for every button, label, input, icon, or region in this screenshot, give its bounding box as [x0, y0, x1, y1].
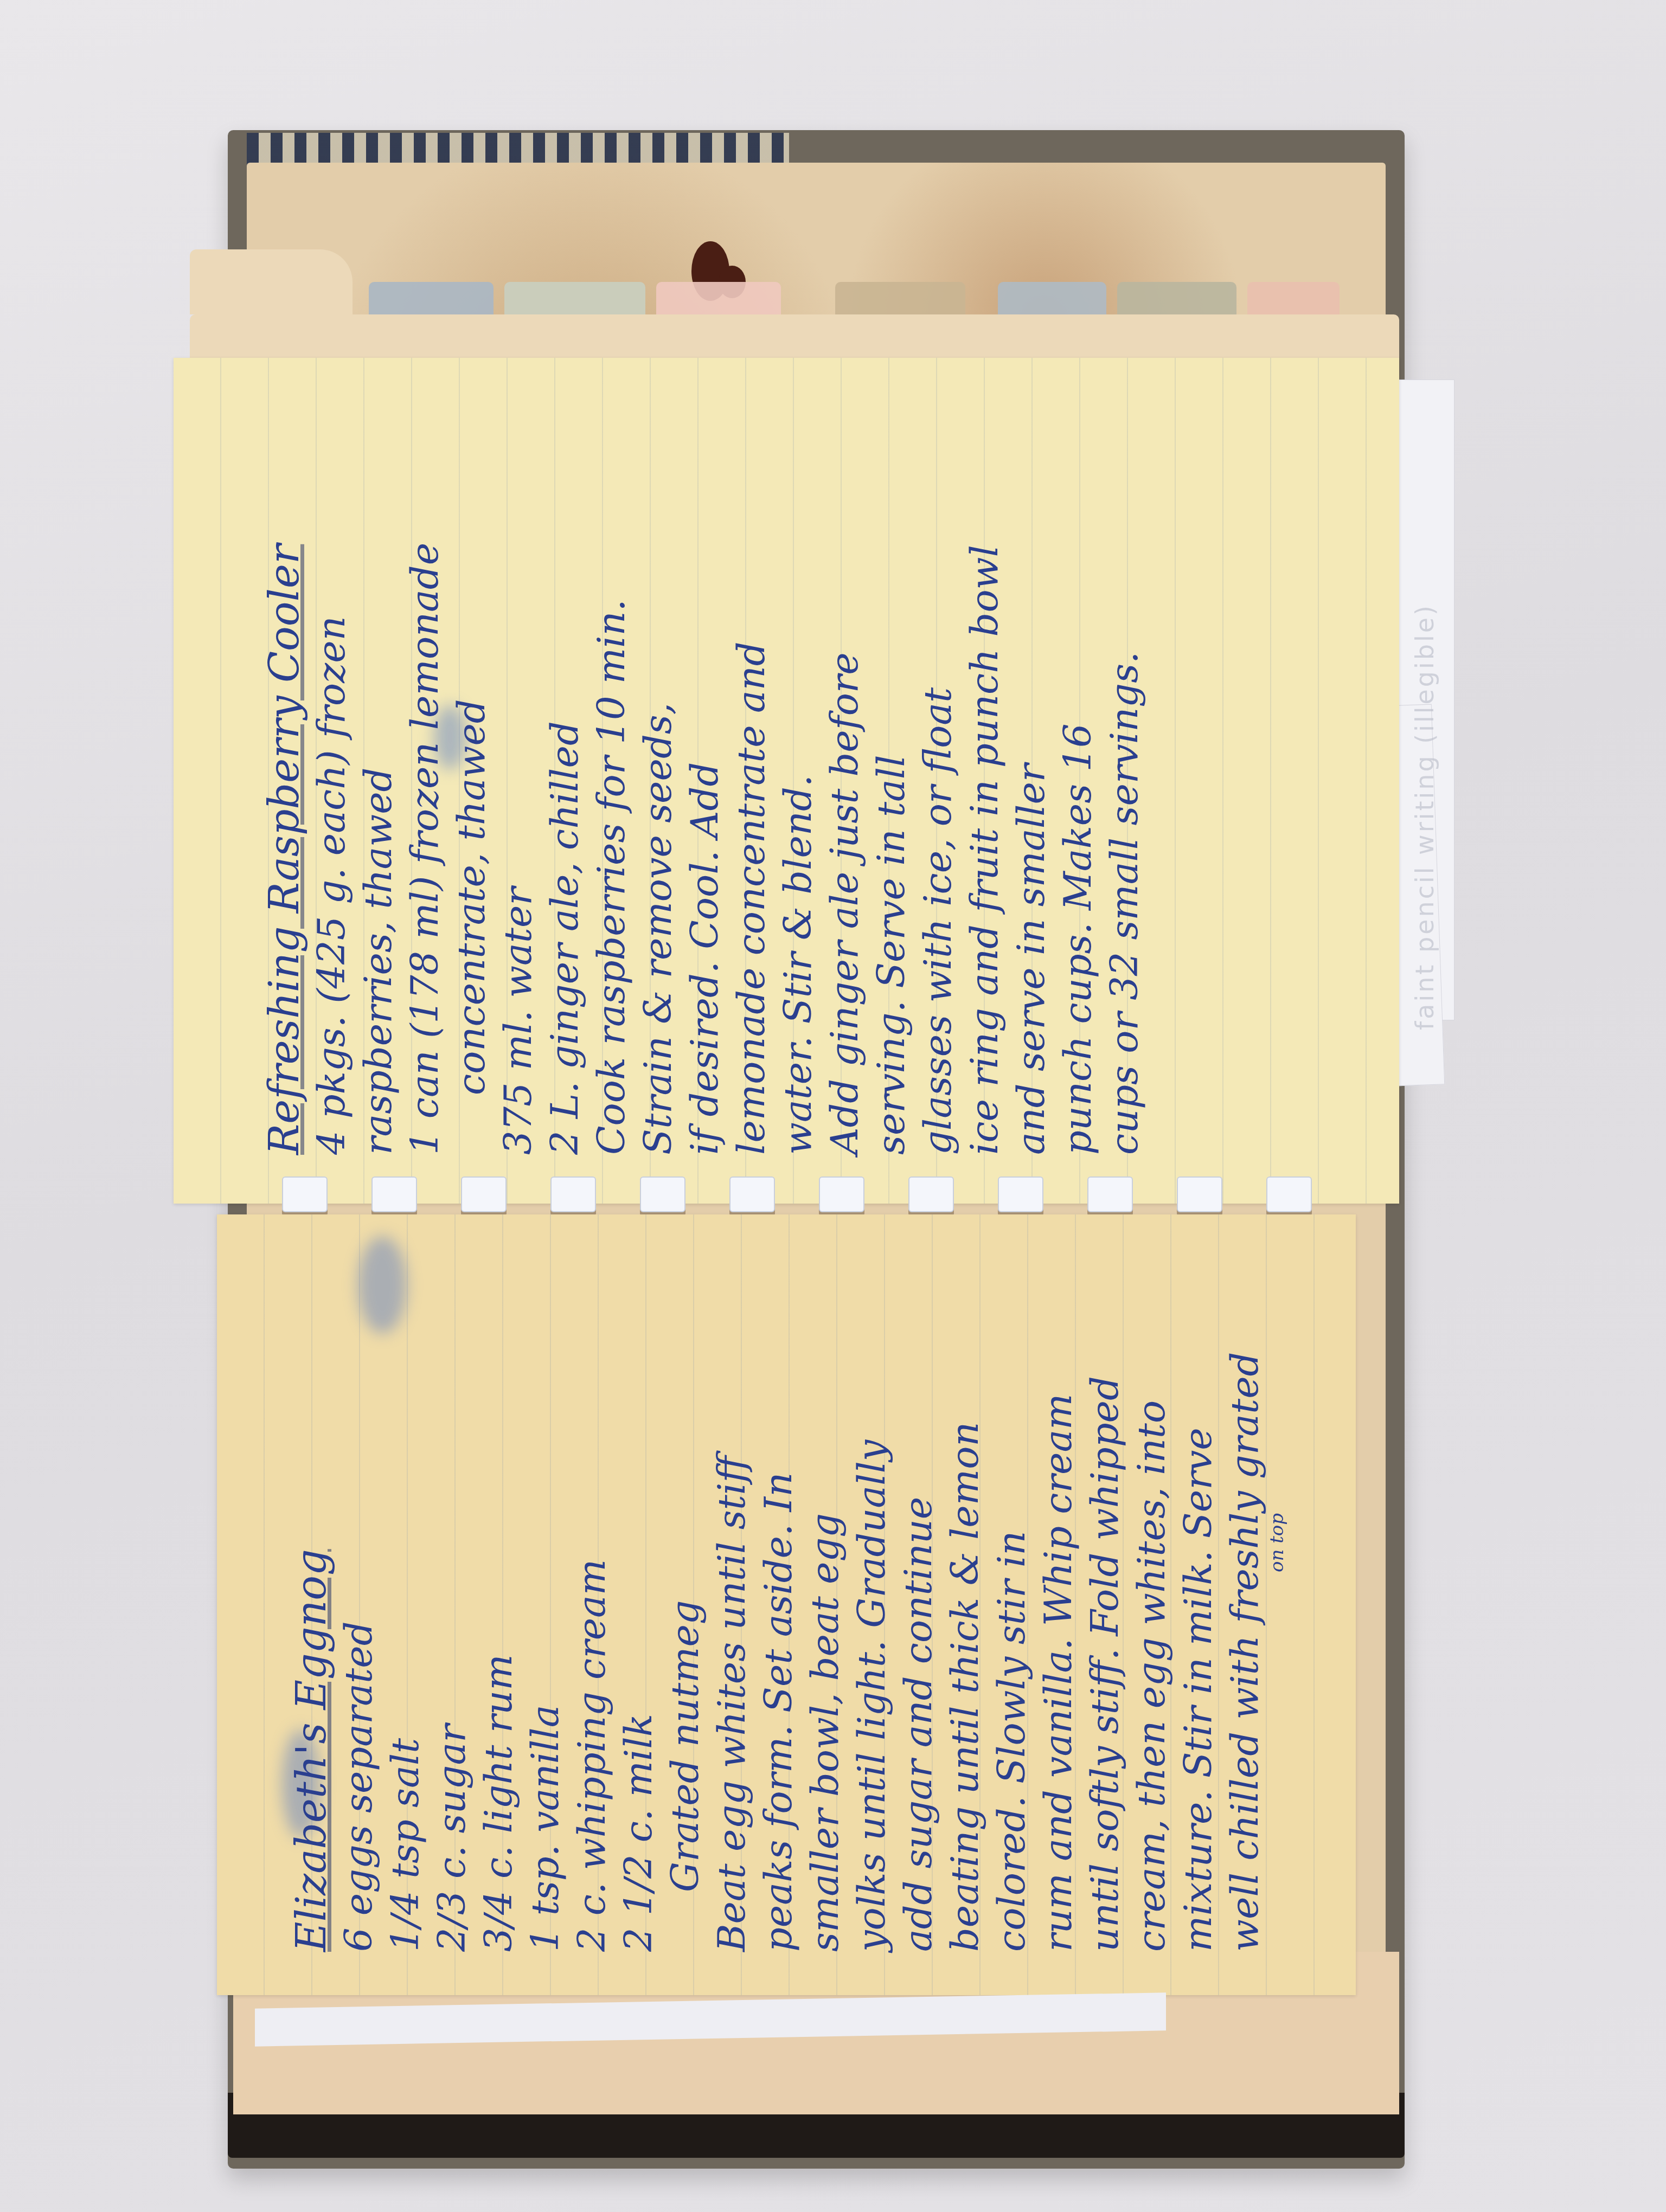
- spiral-coil: [282, 1176, 328, 1212]
- ingredient-line: Grated nutmeg: [662, 1247, 708, 1952]
- method-line: if desired. Cool. Add: [681, 407, 728, 1155]
- notebook-page-eggnog: Elizabeth's Eggnog 6 eggs separated 1/4 …: [217, 1214, 1356, 1995]
- ingredient-line: 1 can (178 ml) frozen lemonade: [401, 407, 448, 1155]
- method-line: peaks form. Set aside. In: [755, 1247, 802, 1952]
- method-line: punch cups. Makes 16: [1054, 407, 1101, 1155]
- method-line: add sugar and continue: [895, 1247, 941, 1952]
- ingredient-line: 6 eggs separated: [335, 1247, 382, 1952]
- method-line: and serve in smaller: [1008, 407, 1054, 1155]
- spiral-coil: [371, 1176, 417, 1212]
- method-line: Add ginger ale just before: [821, 407, 868, 1155]
- method-line: colored. Slowly stir in: [988, 1247, 1035, 1952]
- method-line: glasses with ice, or float: [914, 407, 961, 1155]
- method-line: mixture. Stir in milk. Serve: [1175, 1247, 1221, 1952]
- spiral-coil: [908, 1176, 954, 1212]
- spiral-coil: [1087, 1176, 1133, 1212]
- ingredient-line: 2 c. whipping cream: [568, 1247, 615, 1952]
- spiral-coil: [550, 1176, 596, 1212]
- ingredient-line: 4 pkgs. (425 g. each) frozen: [308, 407, 355, 1155]
- ingredient-line: 1 tsp. vanilla: [522, 1247, 568, 1952]
- method-line: Cook raspberries for 10 min.: [588, 407, 635, 1155]
- spiral-coil: [640, 1176, 685, 1212]
- method-line: cream, then egg whites, into: [1128, 1247, 1175, 1952]
- recipe-title: Elizabeth's Eggnog: [287, 1247, 335, 1952]
- method-line: serving. Serve in tall: [868, 407, 914, 1155]
- recipe-eggnog: Elizabeth's Eggnog 6 eggs separated 1/4 …: [287, 1247, 1286, 1952]
- margin-note: on top: [1268, 1247, 1286, 1572]
- method-line: cups or 32 small servings.: [1101, 407, 1148, 1155]
- spiral-coil: [1177, 1176, 1222, 1212]
- recipe-title: Refreshing Raspberry Cooler: [260, 407, 308, 1155]
- divider-front-tab[interactable]: [190, 249, 353, 314]
- ingredient-line: 3/4 c. light rum: [475, 1247, 522, 1952]
- divider-front: [190, 314, 1399, 363]
- spiral-coil: [1266, 1176, 1312, 1212]
- method-line: ice ring and fruit in punch bowl: [961, 407, 1008, 1155]
- method-line: water. Stir & blend.: [774, 407, 821, 1155]
- spiral-coil: [819, 1176, 864, 1212]
- ingredient-line: 1/4 tsp salt: [382, 1247, 428, 1952]
- method-line: until softly stiff. Fold whipped: [1081, 1247, 1128, 1952]
- method-line: smaller bowl, beat egg: [802, 1247, 848, 1952]
- ingredient-line: raspberries, thawed: [355, 407, 401, 1155]
- method-line: well chilled with freshly grated: [1221, 1247, 1268, 1952]
- recipe-raspberry-cooler: Refreshing Raspberry Cooler 4 pkgs. (425…: [260, 407, 1148, 1155]
- method-line: rum and vanilla. Whip cream: [1035, 1247, 1081, 1952]
- method-line: lemonade concentrate and: [728, 407, 774, 1155]
- method-line: Beat egg whites until stiff: [708, 1247, 755, 1952]
- method-line: Strain & remove seeds,: [635, 407, 681, 1155]
- notebook-page-raspberry-cooler: Refreshing Raspberry Cooler 4 pkgs. (425…: [174, 358, 1399, 1204]
- ingredient-line: 2 L. ginger ale, chilled: [541, 407, 588, 1155]
- spiral-coil: [461, 1176, 507, 1212]
- spiral-coil: [998, 1176, 1043, 1212]
- method-line: beating until thick & lemon: [941, 1247, 988, 1952]
- method-line: yolks until light. Gradually: [848, 1247, 895, 1952]
- ingredient-line: 2/3 c. sugar: [428, 1247, 475, 1952]
- ingredient-line: concentrate, thawed: [448, 407, 495, 1155]
- ingredient-line: 375 ml. water: [495, 407, 541, 1155]
- loose-sheet-faint-text: faint pencil writing (illegible): [1410, 380, 1453, 1030]
- spiral-coil: [729, 1176, 775, 1212]
- ingredient-line: 2 1/2 c. milk: [615, 1247, 662, 1952]
